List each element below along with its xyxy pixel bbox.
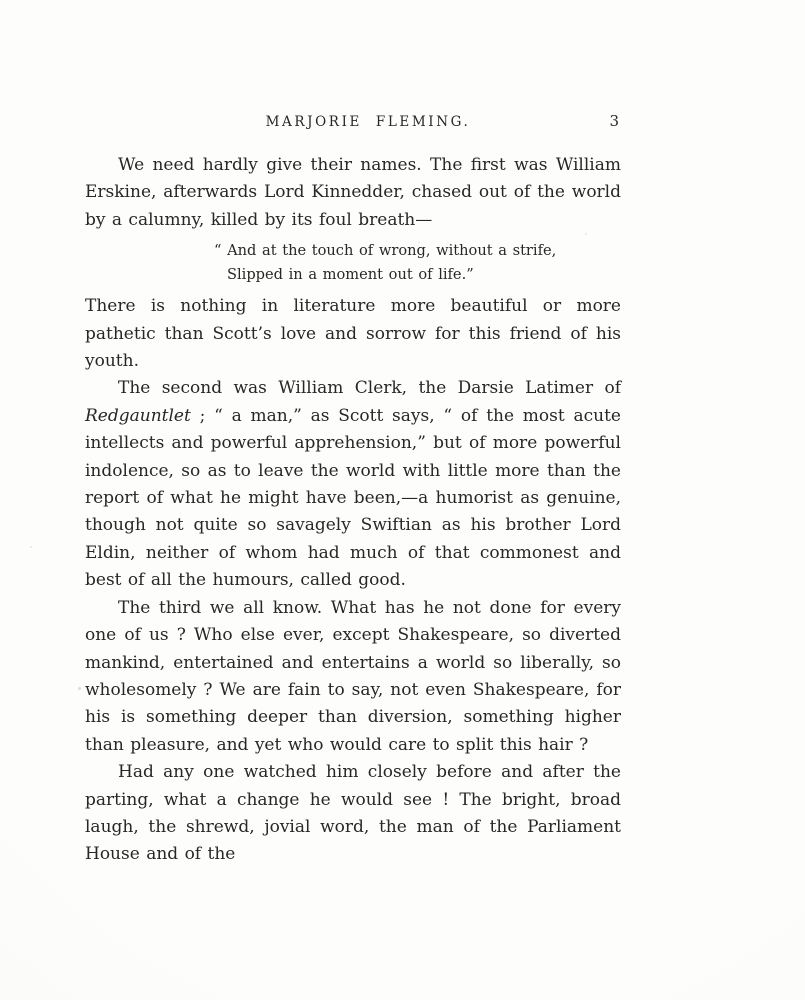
text-run: ; “ a man,” as Scott says, “ of the most… [85, 406, 621, 590]
italic-text-run: Redgauntlet [85, 406, 191, 426]
scanned-book-page: MARJORIE FLEMING. 3 We need hardly give … [0, 0, 805, 1000]
text-run: The second was William Clerk, the Darsie… [118, 378, 621, 398]
paragraph: We need hardly give their names. The fir… [85, 152, 621, 234]
text-run: Had any one watched him closely before a… [85, 762, 621, 864]
verse-line: Slipped in a moment out of life.” [227, 263, 621, 287]
scan-speck [30, 546, 32, 548]
verse-quote: “ And at the touch of wrong, without a s… [227, 239, 621, 287]
paragraph: Had any one watched him closely before a… [85, 759, 621, 869]
scan-speck [585, 233, 587, 235]
paragraph: The second was William Clerk, the Darsie… [85, 375, 621, 594]
page-number: 3 [609, 112, 619, 130]
text-run: We need hardly give their names. The fir… [85, 155, 621, 230]
paragraph: The third we all know. What has he not d… [85, 595, 621, 759]
page-header: MARJORIE FLEMING. 3 [85, 112, 621, 134]
running-header-title: MARJORIE FLEMING. [266, 114, 471, 130]
paragraph: There is nothing in literature more beau… [85, 293, 621, 375]
verse-line: “ And at the touch of wrong, without a s… [227, 239, 621, 263]
scan-speck [78, 687, 81, 690]
page-body: We need hardly give their names. The fir… [85, 152, 621, 869]
scan-speck [418, 241, 420, 243]
text-run: The third we all know. What has he not d… [85, 598, 621, 755]
text-run: There is nothing in literature more beau… [85, 296, 621, 371]
